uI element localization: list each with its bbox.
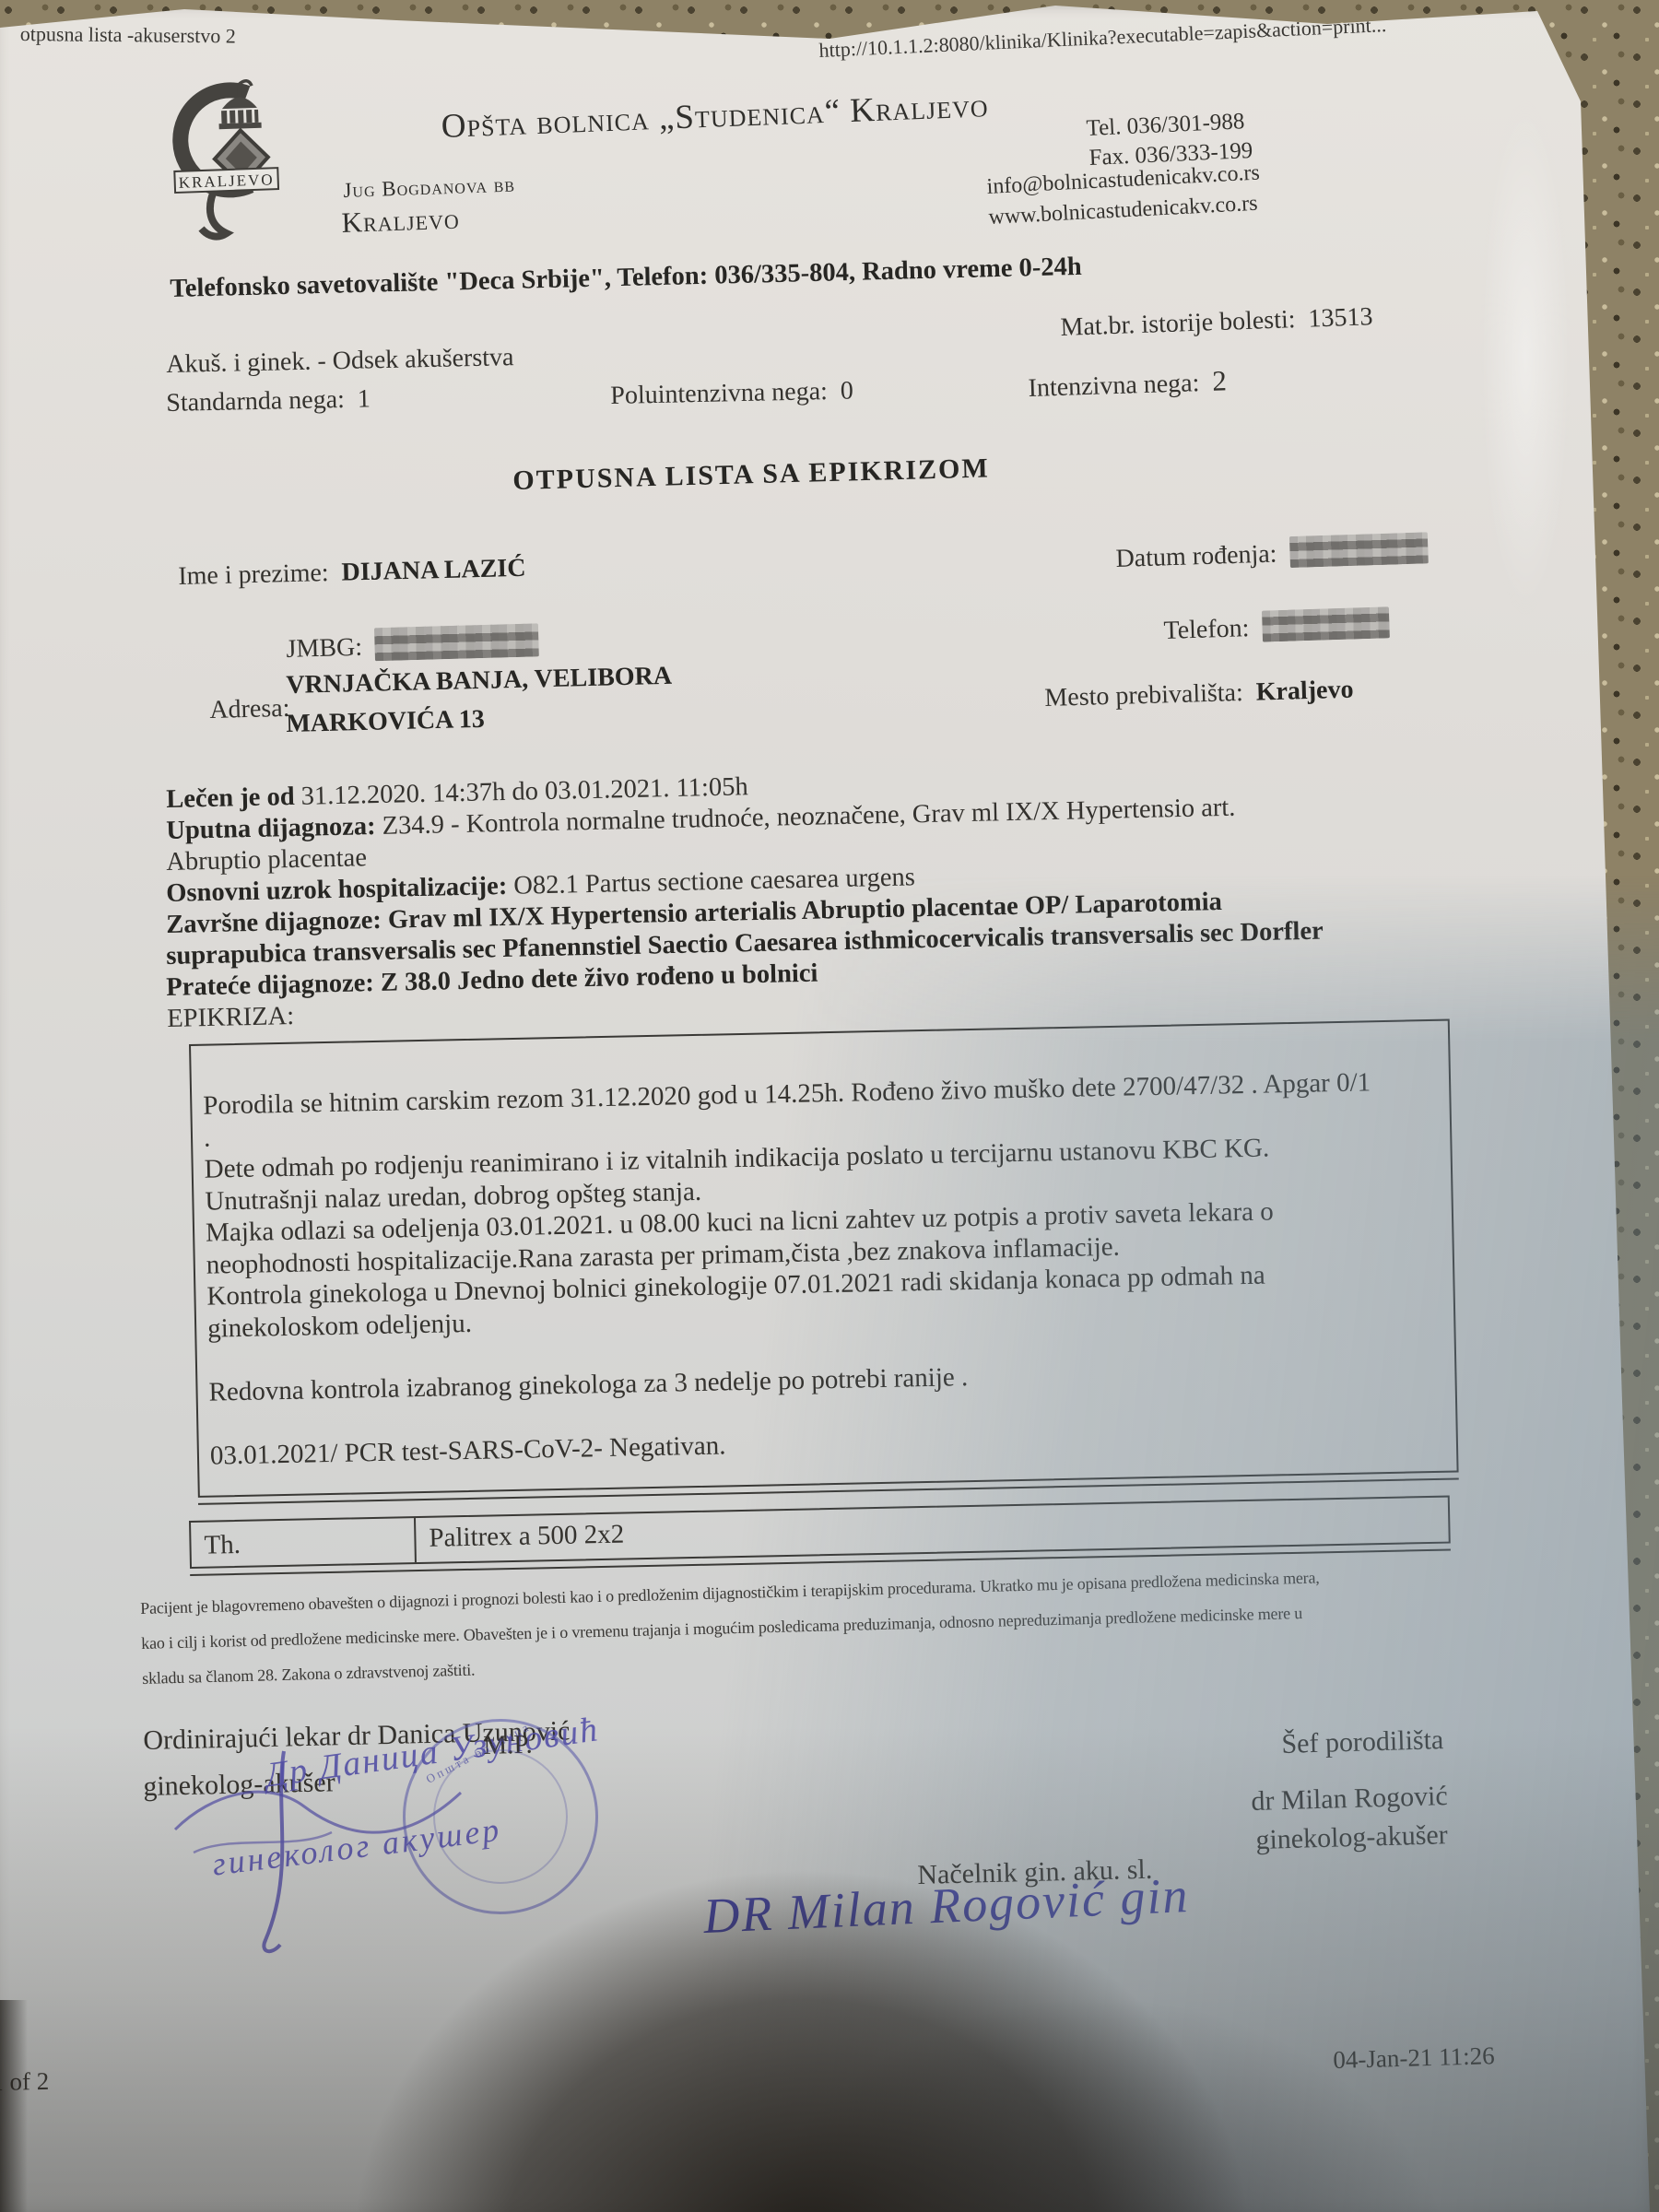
epicrisis-box: Porodila se hitnim carskim rezom 31.12.2… [189,1019,1459,1498]
hospital-street: Jug Bogdanova bb [343,172,515,202]
hotline-line: Telefonsko savetovalište "Deca Srbije", … [170,253,1082,304]
department-line: Akuš. i ginek. - Odsek akušerstva [166,343,514,380]
logo-columns [218,110,262,130]
intensive-care-label: Intenzivna nega: [1028,369,1200,403]
address-label: Adresa: [209,694,290,725]
standard-care-line: Standarnda nega:1 [166,384,371,418]
logo-dome [222,97,257,109]
handwritten-chief-signature: DR Milan Rogović gin [702,1866,1191,1945]
photo-of-discharge-document: { "colors": { "paper": "#e0ddd9", "ink":… [0,0,1659,2212]
logo-city-text: KRALJEVO [178,171,274,192]
birth-date-label: Datum rođenja: [1115,540,1277,573]
final-diagnoses-label: Završne dijagnoze: [166,906,382,939]
page-number: 1 of 2 [0,2067,50,2097]
hospitalization-cause-label: Osnovni uzrok hospitalizacije: [166,872,508,908]
hospital-name: Opšta bolnica „Studenica“ Kraljevo [441,86,989,147]
maternity-chief-name: dr Milan Rogović [1251,1781,1448,1818]
intensive-care-line: Intenzivna nega:2 [1028,364,1227,404]
maternity-chief-role: Šef porodilišta [1281,1724,1444,1760]
hospital-city: Kraljevo [341,203,460,240]
patient-name-value: DIJANA LAZIĆ [341,554,526,587]
hospital-tel: Tel. 036/301-988 [1086,109,1245,142]
referral-diagnosis-label: Uputna dijagnoza: [166,812,376,845]
consent-paragraph: Pacijent je blagovremeno obavešten o dij… [140,1569,1322,1704]
print-header-title: otpusna lista -akuserstvo 2 [20,22,236,48]
intensive-care-value: 2 [1212,364,1228,396]
standard-care-label: Standarnda nega: [166,385,345,418]
document-content: otpusna lista -akuserstvo 2 http://10.1.… [0,0,1659,2212]
birth-date-line: Datum rođenja: [1115,532,1429,574]
standard-care-value: 1 [358,384,371,413]
therapy-cell-divider [414,1518,417,1562]
address-line1: VRNJAČKA BANJA, VELIBORA [286,662,672,700]
history-number-label: Mat.br. istorije bolesti: [1060,305,1296,342]
semi-intensive-care-line: Poluintenzivna nega:0 [610,376,853,411]
therapy-label: Th. [204,1530,241,1561]
residence-line: Mesto prebivališta:Kraljevo [1044,676,1354,713]
birth-date-redacted [1289,532,1429,568]
therapy-row: Th. Palitrex a 500 2x2 [189,1496,1451,1569]
epicrisis-label: EPIKRIZA: [167,1002,294,1034]
residence-value: Kraljevo [1255,676,1354,707]
patient-name-line: Ime i prezime:DIJANA LAZIĆ [178,554,526,592]
phone-line: Telefon: [1163,606,1390,646]
referral-diagnosis-cont: Abruptio placentae [166,843,367,877]
residence-label: Mesto prebivališta: [1044,678,1243,712]
jmbg-redacted [374,623,539,661]
history-number-value: 13513 [1308,302,1373,333]
semi-intensive-care-label: Poluintenzivna nega: [610,377,828,410]
phone-redacted [1262,606,1390,641]
accompanying-diagnoses-label: Prateće dijagnoze: [166,969,374,1002]
page-title: OTPUSNA LISTA SA EPIKRIZOM [512,453,990,497]
semi-intensive-care-value: 0 [841,376,854,405]
therapy-value: Palitrex a 500 2x2 [429,1520,624,1554]
treated-from-label: Lečen je od [166,782,295,814]
round-stamp: Општа болница [403,1719,598,1914]
phone-label: Telefon: [1163,614,1250,645]
print-header-url: http://10.1.1.2:8080/klinika/Klinika?exe… [818,13,1387,63]
jmbg-label: JMBG: [286,633,362,664]
hospital-logo: KRALJEVO [168,77,288,247]
paper-curl-highlight [1456,55,1594,811]
history-number-line: Mat.br. istorije bolesti:13513 [1060,302,1373,343]
address-line2: MARKOVIĆA 13 [286,705,485,739]
paper-sheet: otpusna lista -akuserstvo 2 http://10.1.… [0,0,1659,2212]
patient-name-label: Ime i prezime: [178,559,329,591]
jmbg-line: JMBG: [286,623,539,665]
print-datetime: 04-Jan-21 11:26 [1333,2041,1495,2075]
maternity-chief-title: ginekolog-akušer [1255,1819,1448,1856]
